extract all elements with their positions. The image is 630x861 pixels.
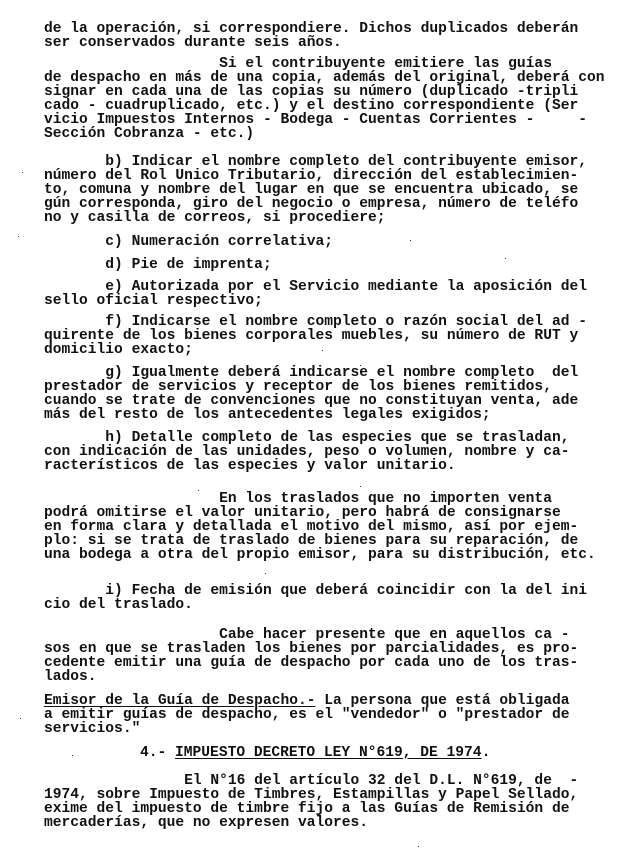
- text-line: 1974, sobre Impuesto de Timbres, Estampi…: [44, 788, 578, 802]
- item-d: d) Pie de imprenta;: [44, 258, 272, 272]
- item-h: h) Detalle completo de las especies que …: [44, 431, 569, 445]
- text-line: número del Rol Unico Tributario, direcci…: [44, 169, 578, 183]
- text-line: gún corresponda, giro del negocio o empr…: [44, 197, 578, 211]
- text-span: .: [482, 745, 491, 761]
- scan-speck: [198, 490, 199, 491]
- section-title: 4.- IMPUESTO DECRETO LEY N°619, DE 1974.: [140, 746, 490, 760]
- item-g: g) Igualmente deberá indicarse el nombre…: [44, 366, 578, 380]
- item-c: c) Numeración correlativa;: [44, 235, 333, 249]
- text-line: domicilio exacto;: [44, 343, 193, 357]
- item-b: b) Indicar el nombre completo del contri…: [44, 155, 587, 169]
- item-i: i) Fecha de emisión que deberá coincidir…: [44, 584, 587, 598]
- text-line: vicio Impuestos Internos - Bodega - Cuen…: [44, 113, 587, 127]
- text-line: no y casilla de correos, si procediere;: [44, 211, 386, 225]
- text-line: lados.: [44, 670, 97, 684]
- text-line: cedente emitir una guía de despacho por …: [44, 656, 578, 670]
- text-line: exime del impuesto de timbre fijo a las …: [44, 802, 569, 816]
- text-line: sello oficial respectivo;: [44, 294, 263, 308]
- section-number: 4.-: [140, 745, 175, 761]
- section-heading: IMPUESTO DECRETO LEY N°619, DE 1974: [175, 745, 482, 761]
- text-line: cio del traslado.: [44, 598, 193, 612]
- text-line: a emitir guías de despacho, es el "vende…: [44, 708, 569, 722]
- text-line: Si el contribuyente emitiere las guías: [44, 57, 552, 71]
- text-line: con indicación de las unidades, peso o v…: [44, 445, 569, 459]
- scan-speck: [410, 240, 411, 241]
- scan-speck: [360, 365, 361, 366]
- scanned-document-page: de la operación, si correspondiere. Dich…: [0, 0, 630, 861]
- text-line: Cabe hacer presente que en aquellos ca -: [44, 628, 569, 642]
- scan-speck: [18, 236, 19, 237]
- item-f: f) Indicarse el nombre completo o razón …: [44, 315, 587, 329]
- text-line: Sección Cobranza - etc.): [44, 127, 254, 141]
- scan-speck: [72, 755, 73, 756]
- text-line: quirente de los bienes corporales mueble…: [44, 329, 578, 343]
- scan-speck: [20, 718, 21, 719]
- text-line: ser conservados durante seis años.: [44, 36, 342, 50]
- text-line: El N°16 del artículo 32 del D.L. N°619, …: [44, 774, 578, 788]
- scan-speck: [22, 172, 23, 173]
- text-line: podrá omitirse el valor unitario, pero h…: [44, 506, 561, 520]
- text-line: sos en que se trasladen los bienes por p…: [44, 642, 578, 656]
- item-e: e) Autorizada por el Servicio mediante l…: [44, 280, 587, 294]
- scan-speck: [505, 258, 506, 259]
- text-line: servicios.": [44, 722, 140, 736]
- text-line: plo: si se trata de traslado de bienes p…: [44, 534, 578, 548]
- text-line: signar en cada una de las copias su núme…: [44, 85, 578, 99]
- text-line: En los traslados que no importen venta: [44, 492, 552, 506]
- emisor-heading-line: Emisor de la Guía de Despacho.- La perso…: [44, 694, 569, 708]
- text-line: una bodega a otra del propio emisor, par…: [44, 548, 596, 562]
- text-line: de despacho en más de una copia, además …: [44, 71, 605, 85]
- scan-speck: [265, 573, 266, 574]
- text-line: cuando se trate de convenciones que no c…: [44, 394, 578, 408]
- text-line: de la operación, si correspondiere. Dich…: [44, 22, 578, 36]
- text-line: en forma clara y detallada el motivo del…: [44, 520, 578, 534]
- text-line: más del resto de los antecedentes legale…: [44, 408, 491, 422]
- text-line: to, comuna y nombre del lugar en que se …: [44, 183, 578, 197]
- scan-speck: [322, 350, 323, 351]
- text-line: cado - cuadruplicado, etc.) y el destino…: [44, 99, 578, 113]
- text-line: mercaderías, que no expresen valores.: [44, 816, 368, 830]
- text-line: prestador de servicios y receptor de los…: [44, 380, 552, 394]
- scan-speck: [418, 846, 419, 847]
- text-line: racterísticos de las especies y valor un…: [44, 459, 456, 473]
- scan-speck: [360, 486, 361, 487]
